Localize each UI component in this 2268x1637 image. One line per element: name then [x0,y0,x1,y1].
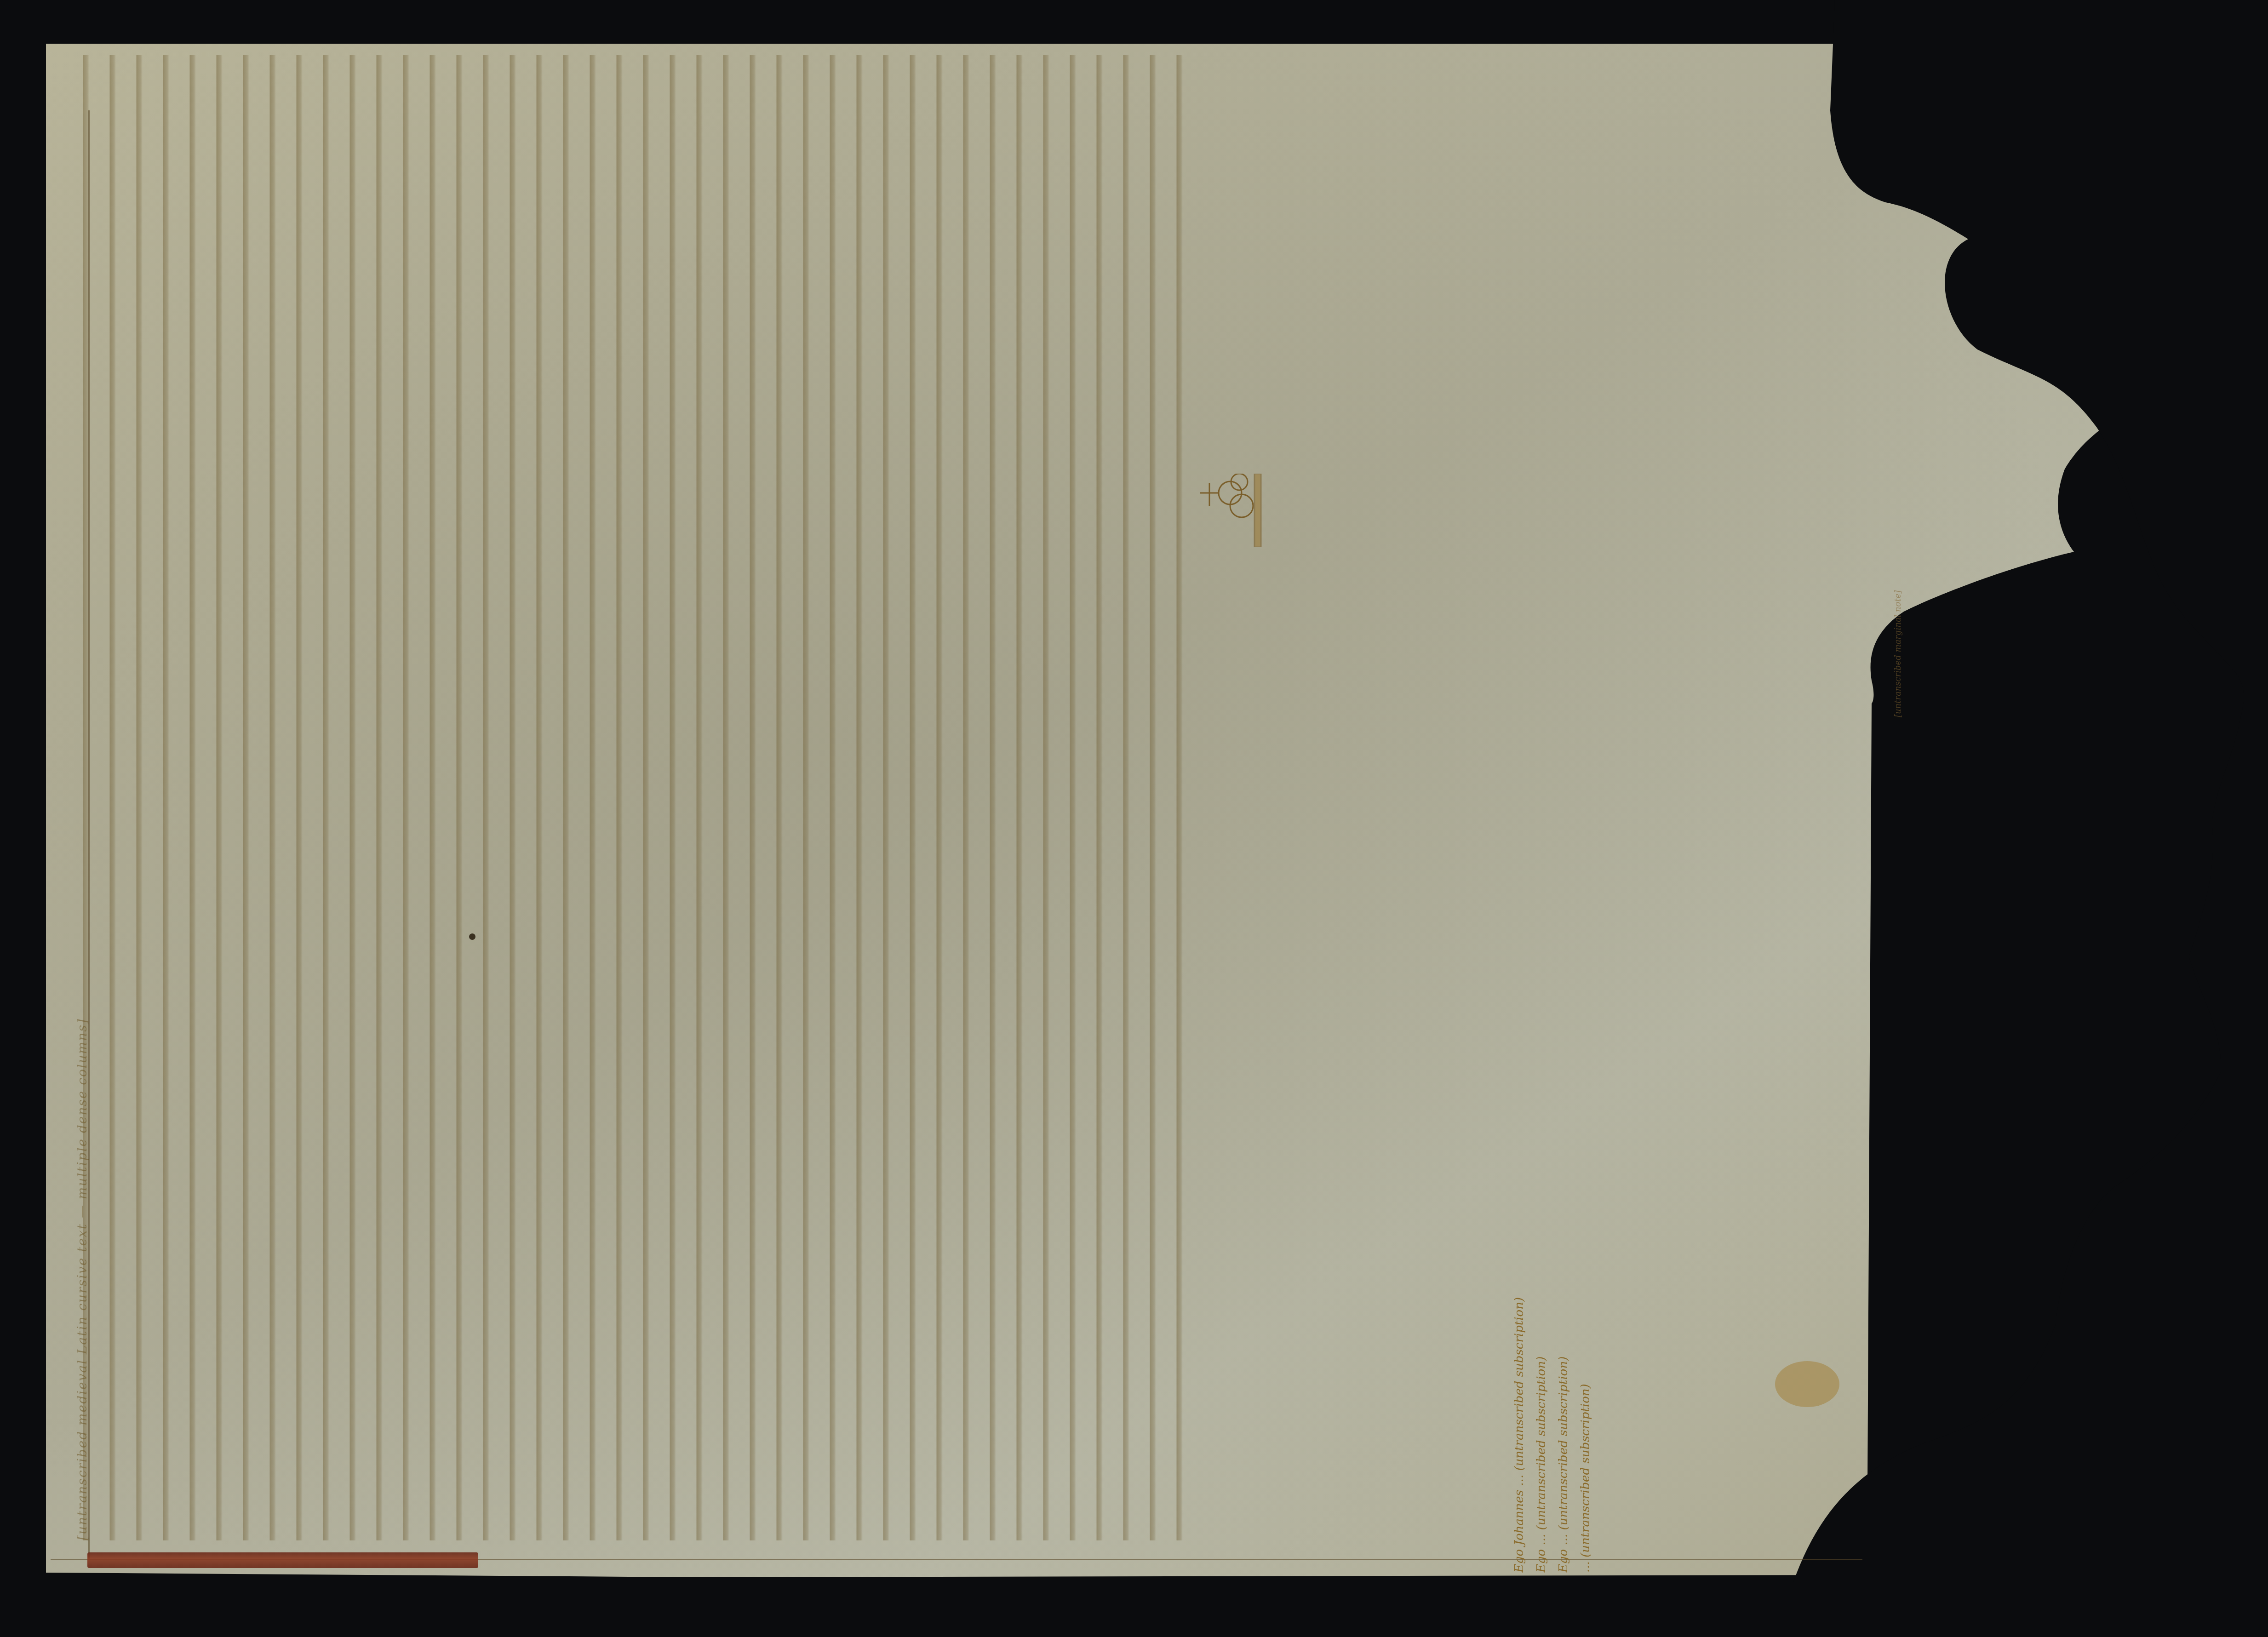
stain [469,933,475,940]
manuscript-text: [untranscribed medieval Latin cursive te… [69,55,1186,1540]
subscription-line: Ego Johannes ... (untranscribed subscrip… [1508,1288,1530,1573]
stain [1775,1361,1839,1407]
subscription-line: ... (untranscribed subscription) [1575,1288,1597,1573]
subscription-line: Ego ... (untranscribed subscription) [1530,1288,1552,1573]
notarial-sign-icon [1196,474,1269,547]
notarial-subscriptions: Ego Johannes ... (untranscribed subscrip… [1508,1288,1623,1573]
red-seal-strip [87,1552,478,1568]
marginal-note: [untranscribed marginal note] [1890,543,1982,717]
subscription-line: Ego ... (untranscribed subscription) [1552,1288,1575,1573]
main-text-columns: [untranscribed medieval Latin cursive te… [69,55,1186,1540]
left-margin-rule [88,110,90,1559]
